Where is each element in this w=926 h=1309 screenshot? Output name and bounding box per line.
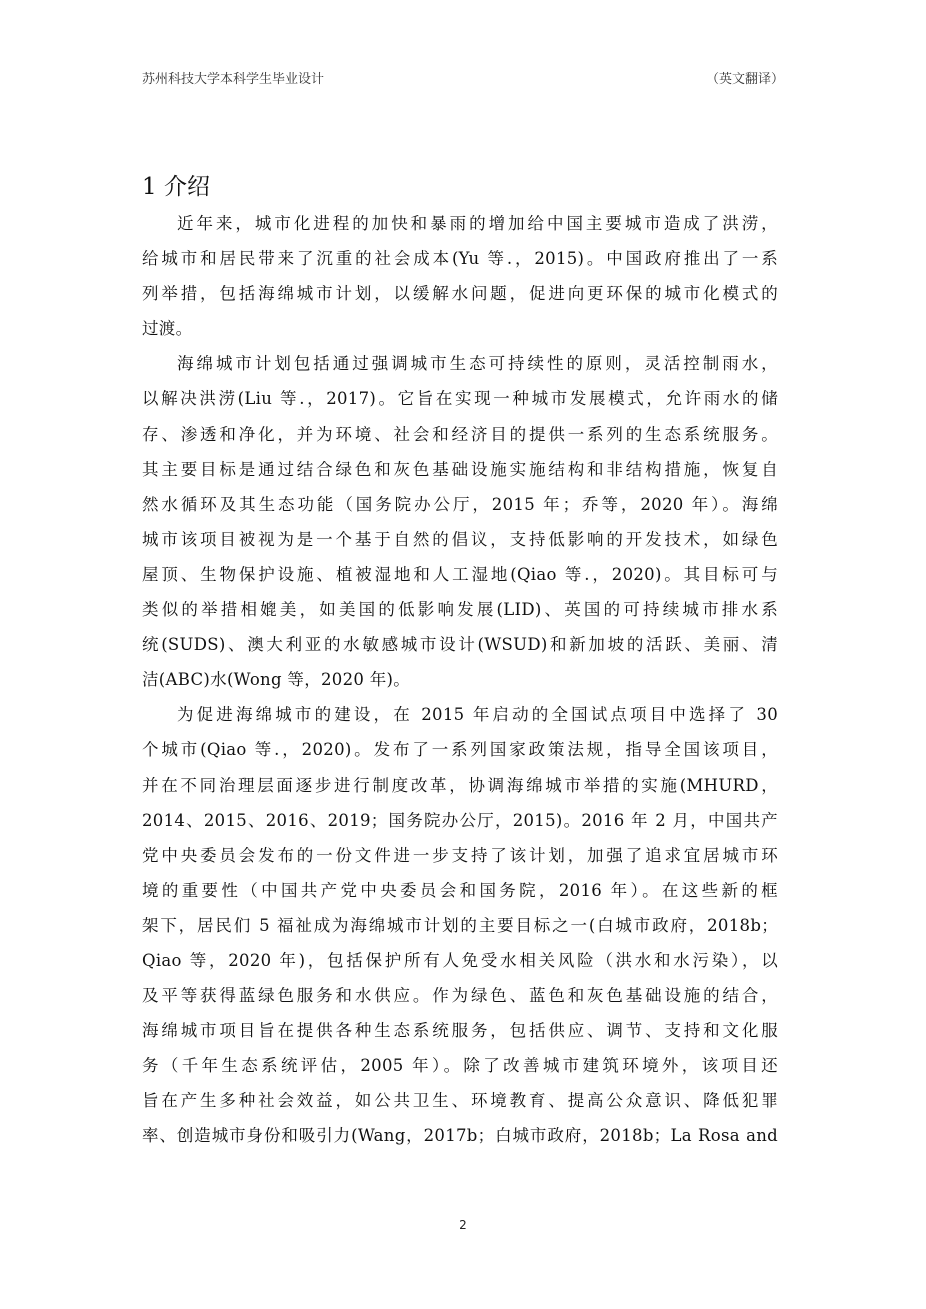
- text-line: 存、渗透和净化，并为环境、社会和经济目的提供一系列的生态系统服务。: [142, 417, 778, 452]
- text-line: 架下，居民们 5 福祉成为海绵城市计划的主要目标之一(白城市政府，2018b；: [142, 908, 778, 943]
- text-line: 并在不同治理层面逐步进行制度改革，协调海绵城市举措的实施(MHURD，: [142, 768, 778, 803]
- text-line: 屋顶、生物保护设施、植被湿地和人工湿地(Qiao 等.，2020)。其目标可与: [142, 557, 778, 592]
- text-line: 党中央委员会发布的一份文件进一步支持了该计划，加强了追求宜居城市环: [142, 838, 778, 873]
- text-line: 个城市(Qiao 等.，2020)。发布了一系列国家政策法规，指导全国该项目，: [142, 732, 778, 767]
- text-line: 统(SUDS)、澳大利亚的水敏感城市设计(WSUD)和新加坡的活跃、美丽、清: [142, 627, 778, 662]
- paragraph-1: 近年来，城市化进程的加快和暴雨的增加给中国主要城市造成了洪涝， 给城市和居民带来…: [142, 206, 778, 346]
- text-line: 然水循环及其生态功能（国务院办公厅，2015 年；乔等，2020 年）。海绵: [142, 487, 778, 522]
- body-text: 近年来，城市化进程的加快和暴雨的增加给中国主要城市造成了洪涝， 给城市和居民带来…: [142, 206, 778, 1154]
- text-line: 以解决洪涝(Liu 等.，2017)。它旨在实现一种城市发展模式，允许雨水的储: [142, 381, 778, 416]
- text-line: 过渡。: [142, 311, 778, 346]
- page-number: 2: [0, 1218, 926, 1232]
- text-line: 类似的举措相媲美，如美国的低影响发展(LID)、英国的可持续城市排水系: [142, 592, 778, 627]
- header-doc-type: （英文翻译）: [706, 68, 784, 87]
- text-line: 近年来，城市化进程的加快和暴雨的增加给中国主要城市造成了洪涝，: [142, 206, 778, 241]
- page-header: 苏州科技大学本科学生毕业设计 （英文翻译）: [142, 68, 784, 88]
- text-line: 为促进海绵城市的建设，在 2015 年启动的全国试点项目中选择了 30: [142, 697, 778, 732]
- text-line: 列举措，包括海绵城市计划，以缓解水问题，促进向更环保的城市化模式的: [142, 276, 778, 311]
- text-line: 洁(ABC)水(Wong 等，2020 年)。: [142, 662, 778, 697]
- text-line: 务（千年生态系统评估，2005 年）。除了改善城市建筑环境外，该项目还: [142, 1048, 778, 1083]
- text-line: 给城市和居民带来了沉重的社会成本(Yu 等.，2015)。中国政府推出了一系: [142, 241, 778, 276]
- text-line: Qiao 等，2020 年)，包括保护所有人免受水相关风险（洪水和水污染），以: [142, 943, 778, 978]
- text-line: 率、创造城市身份和吸引力(Wang，2017b；白城市政府，2018b；La R…: [142, 1118, 778, 1153]
- text-line: 及平等获得蓝绿色服务和水供应。作为绿色、蓝色和灰色基础设施的结合，: [142, 978, 778, 1013]
- paragraph-2: 海绵城市计划包括通过强调城市生态可持续性的原则，灵活控制雨水， 以解决洪涝(Li…: [142, 346, 778, 697]
- paragraph-3: 为促进海绵城市的建设，在 2015 年启动的全国试点项目中选择了 30 个城市(…: [142, 697, 778, 1153]
- text-line: 城市该项目被视为是一个基于自然的倡议，支持低影响的开发技术，如绿色: [142, 522, 778, 557]
- text-line: 海绵城市计划包括通过强调城市生态可持续性的原则，灵活控制雨水，: [142, 346, 778, 381]
- text-line: 境的重要性（中国共产党中央委员会和国务院，2016 年）。在这些新的框: [142, 873, 778, 908]
- text-line: 旨在产生多种社会效益，如公共卫生、环境教育、提高公众意识、降低犯罪: [142, 1083, 778, 1118]
- header-university-title: 苏州科技大学本科学生毕业设计: [142, 68, 324, 87]
- text-line: 2014、2015、2016、2019；国务院办公厅，2015)。2016 年 …: [142, 803, 778, 838]
- text-line: 海绵城市项目旨在提供各种生态系统服务，包括供应、调节、支持和文化服: [142, 1013, 778, 1048]
- section-title: 1 介绍: [142, 168, 210, 201]
- text-line: 其主要目标是通过结合绿色和灰色基础设施实施结构和非结构措施，恢复自: [142, 452, 778, 487]
